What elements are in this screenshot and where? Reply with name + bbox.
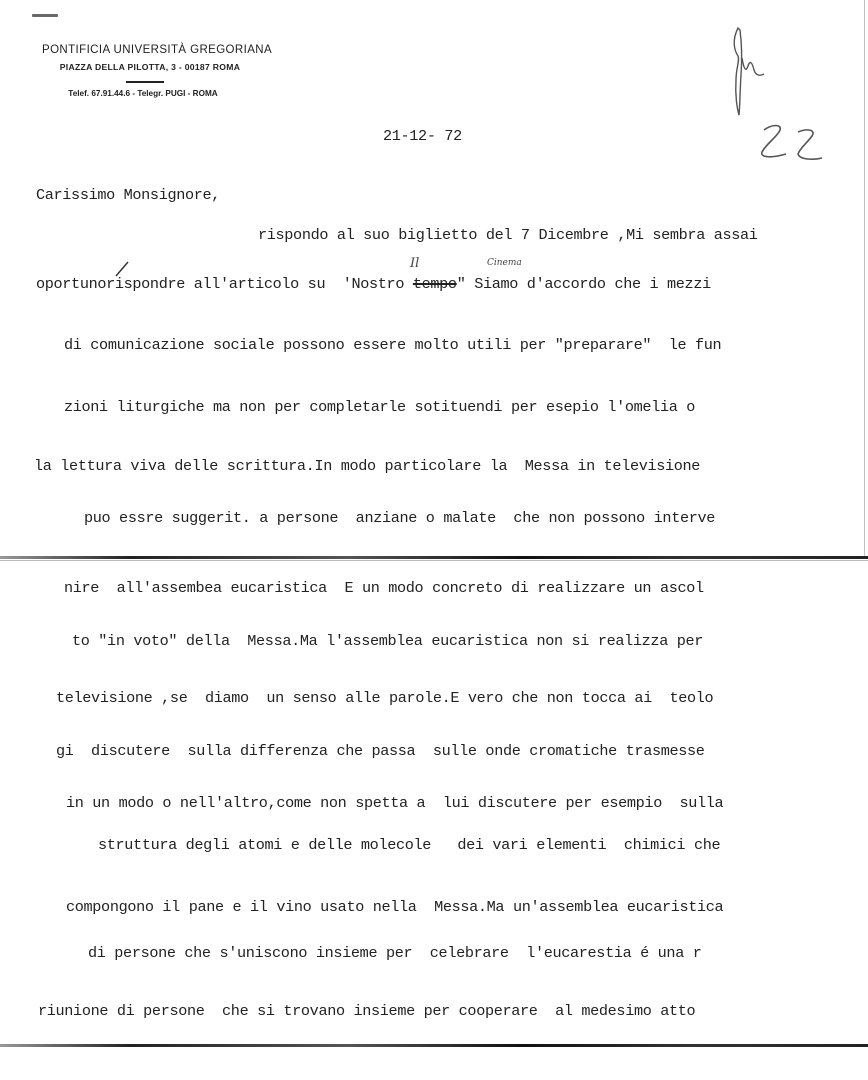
- body-line: rispondo al suo biglietto del 7 Dicembre…: [258, 226, 758, 244]
- struck-word: tempo: [413, 275, 457, 293]
- body-line: struttura degli atomi e delle molecole d…: [98, 836, 720, 854]
- body-line: di persone che s'uniscono insieme per ce…: [88, 944, 701, 962]
- page-bottom-seam: [0, 1044, 868, 1047]
- body-line: compongono il pane e il vino usato nella…: [66, 898, 723, 916]
- body-line: la lettura viva delle scrittura.In modo …: [34, 457, 700, 475]
- letterhead: PONTIFICIA UNIVERSITÀ GREGORIANA PIAZZA …: [42, 44, 282, 98]
- handwritten-insert-cinema: Cinema: [487, 258, 522, 268]
- body-line: nire all'assembea eucaristica E un modo …: [64, 579, 704, 597]
- page-seam: [0, 556, 868, 559]
- letterhead-divider: [126, 81, 164, 83]
- body-line: gi discutere sulla differenza che passa …: [56, 742, 705, 760]
- body-line-text: " Siamo d'accordo che i mezzi: [457, 275, 711, 293]
- handwritten-initials: [728, 20, 788, 120]
- body-line: di comunicazione sociale possono essere …: [64, 336, 721, 354]
- body-line: in un modo o nell'altro,come non spetta …: [66, 794, 723, 812]
- body-line: zioni liturgiche ma non per completarle …: [64, 398, 695, 416]
- page-seam-shadow: [0, 560, 868, 561]
- body-line: televisione ,se diamo un senso alle paro…: [56, 689, 713, 707]
- letter-date: 21-12- 72: [383, 127, 462, 145]
- page-right-edge: [864, 0, 865, 556]
- letterhead-contact: Telef. 67.91.44.6 - Telegr. PUGI - ROMA: [4, 89, 282, 98]
- scan-mark: [32, 14, 58, 17]
- salutation: Carissimo Monsignore,: [36, 186, 220, 204]
- body-line: to "in voto" della Messa.Ma l'assemblea …: [72, 632, 703, 650]
- letter-page: PONTIFICIA UNIVERSITÀ GREGORIANA PIAZZA …: [0, 0, 868, 1080]
- body-line: puo essre suggerit. a persone anziane o …: [84, 509, 715, 527]
- handwritten-page-number: [758, 118, 838, 168]
- body-line: riunione di persone che si trovano insie…: [38, 1002, 695, 1020]
- letterhead-institution: PONTIFICIA UNIVERSITÀ GREGORIANA: [42, 44, 282, 56]
- body-line-text: oportunorispondre all'articolo su 'Nostr…: [36, 275, 413, 293]
- handwritten-insert-il: Il: [410, 256, 419, 271]
- body-line: oportunorispondre all'articolo su 'Nostr…: [36, 275, 711, 293]
- letterhead-address: PIAZZA DELLA PILOTTA, 3 - 00187 ROMA: [18, 62, 282, 72]
- handwritten-slash: [112, 260, 132, 280]
